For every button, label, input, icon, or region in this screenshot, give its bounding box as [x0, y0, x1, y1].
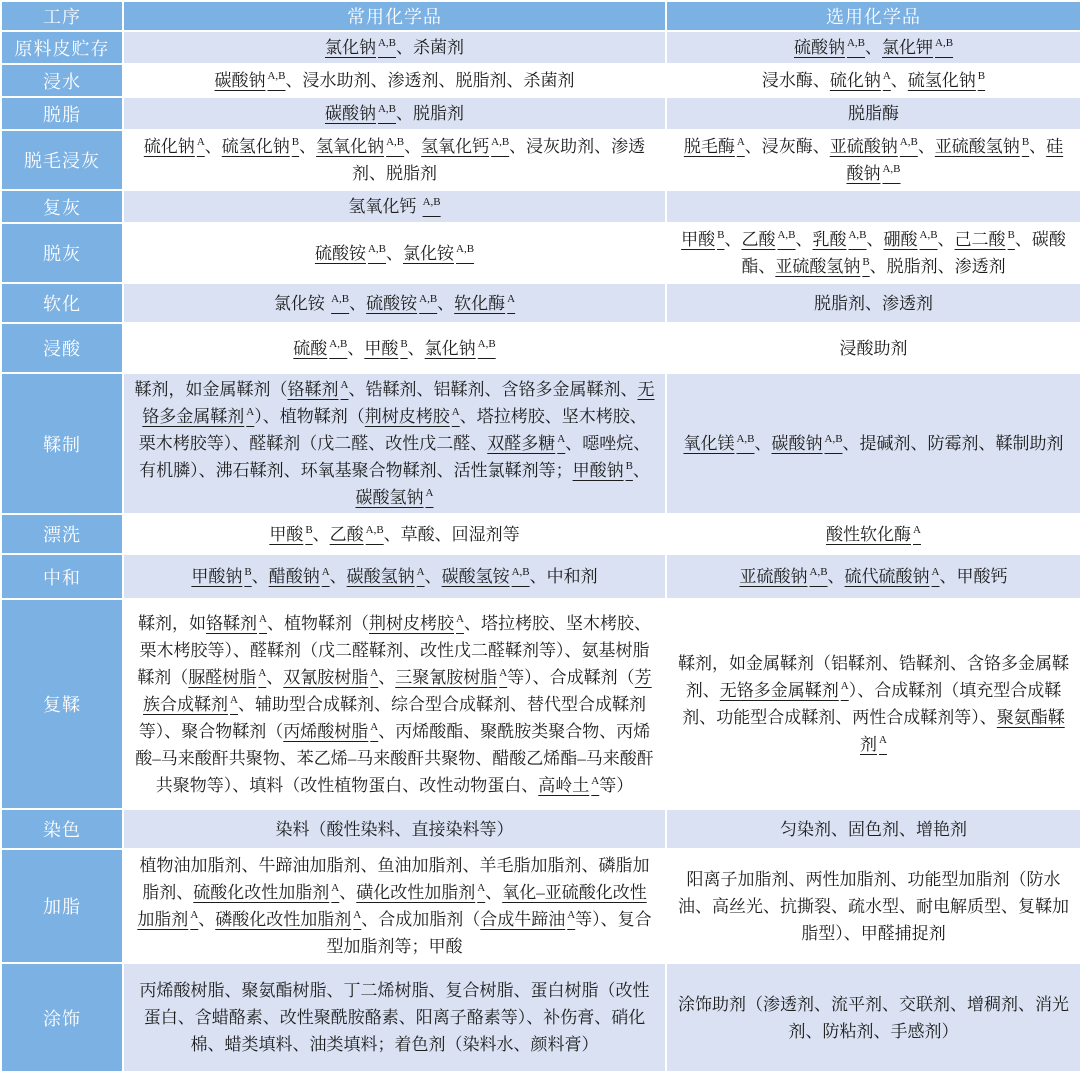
- process-cell: 涂饰: [1, 963, 123, 1072]
- optional-chemicals-cell: [666, 190, 1080, 223]
- underlined-chemical: 硫酸A,B: [293, 339, 347, 358]
- footnote-superscript: A,B: [267, 70, 285, 82]
- underlined-chemical: 乙酸A,B: [330, 525, 384, 544]
- chemical-text: 脱脂酶: [848, 104, 899, 123]
- underlined-chemical: 丙烯酸树脂A: [283, 722, 378, 741]
- underlined-chemical: 三聚氰胺树脂A: [395, 668, 507, 687]
- footnote-superscript: A: [879, 734, 887, 746]
- table-row: 鞣制鞣剂，如金属鞣剂（铬鞣剂A、锆鞣剂、铝鞣剂、含铬多金属鞣剂、无铬多金属鞣剂A…: [1, 373, 1080, 514]
- table-row: 加脂植物油加脂剂、牛蹄油加脂剂、鱼油加脂剂、羊毛脂加脂剂、磷脂加脂剂、硫酸化改性…: [1, 849, 1080, 963]
- process-cell: 脱脂: [1, 97, 123, 130]
- footnote-superscript: A,B: [368, 243, 386, 255]
- common-chemicals-cell: 碳酸钠A,B、脱脂剂: [123, 97, 666, 130]
- underlined-chemical: 硼酸A,B: [884, 230, 938, 249]
- underlined-chemical: 氯化铵A,B: [403, 244, 474, 263]
- footnote-superscript: A,B: [331, 293, 349, 305]
- footnote-superscript: A: [477, 882, 485, 894]
- underlined-chemical: 软化酶A: [454, 294, 515, 313]
- process-cell: 鞣制: [1, 373, 123, 514]
- optional-chemicals-cell: 亚硫酸钠A,B、硫代硫酸钠A、甲酸钙: [666, 554, 1080, 599]
- footnote-superscript: A: [197, 136, 205, 148]
- underlined-chemical: 甲酸钠B: [191, 567, 251, 586]
- underlined-chemical: 硫代硫酸钠A: [845, 567, 940, 586]
- footnote-superscript: A,B: [920, 229, 938, 241]
- chemical-text: 鞣剂，如金属鞣剂（: [135, 380, 288, 399]
- optional-chemicals-cell: 匀染剂、固色剂、增艳剂: [666, 809, 1080, 849]
- chemical-text: 、甲酸钙: [939, 567, 1007, 586]
- chemical-text: 、: [299, 137, 316, 156]
- table-row: 漂洗甲酸B、乙酸A,B、草酸、回湿剂等酸性软化酶A: [1, 514, 1080, 554]
- chemical-text: 、: [633, 461, 650, 480]
- optional-chemicals-cell: 鞣剂，如金属鞣剂（铝鞣剂、锆鞣剂、含铬多金属鞣剂、无铬多金属鞣剂A）、合成鞣剂（…: [666, 599, 1080, 809]
- common-chemicals-cell: 鞣剂，如金属鞣剂（铬鞣剂A、锆鞣剂、铝鞣剂、含铬多金属鞣剂、无铬多金属鞣剂A）、…: [123, 373, 666, 514]
- process-cell: 浸酸: [1, 323, 123, 373]
- table-row: 涂饰丙烯酸树脂、聚氨酯树脂、丁二烯树脂、复合树脂、蛋白树脂（改性蛋白、含蜡酪素、…: [1, 963, 1080, 1072]
- footnote-superscript: B: [626, 460, 633, 472]
- column-header-process: 工序: [1, 1, 123, 31]
- table-row: 复鞣鞣剂，如铬鞣剂A、植物鞣剂（荆树皮栲胶A、塔拉栲胶、坚木栲胶、栗木栲胶等）、…: [1, 599, 1080, 809]
- chemical-text: 丙烯酸树脂、聚氨酯树脂、丁二烯树脂、复合树脂、蛋白树脂（改性蛋白、含蜡酪素、改性…: [140, 981, 650, 1054]
- table-row: 中和甲酸钠B、醋酸钠A、碳酸氢钠A、碳酸氢铵A,B、中和剂亚硫酸钠A,B、硫代硫…: [1, 554, 1080, 599]
- table-header: 工序 常用化学品 选用化学品: [1, 1, 1080, 31]
- footnote-superscript: A: [507, 293, 515, 305]
- chemical-text: 、: [795, 230, 812, 249]
- common-chemicals-cell: 硫酸铵A,B、氯化铵A,B: [123, 223, 666, 283]
- chemical-text: 、: [938, 230, 955, 249]
- chemical-text: 、: [386, 244, 403, 263]
- process-cell: 复灰: [1, 190, 123, 223]
- chemical-text: 、提碱剂、防霉剂、鞣制助剂: [843, 434, 1064, 453]
- underlined-chemical: 磺化改性加脂剂A: [356, 883, 485, 902]
- underlined-chemical: 乙酸A,B: [741, 230, 795, 249]
- chemical-text: 、: [404, 137, 421, 156]
- chemical-text: 浸酸助剂: [840, 339, 908, 358]
- common-chemicals-cell: 硫酸A,B、甲酸B、氯化钠A,B: [123, 323, 666, 373]
- chemical-text: 、中和剂: [530, 567, 598, 586]
- chemical-text: 、: [724, 230, 741, 249]
- chemical-text: 、草酸、回湿剂等: [384, 525, 520, 544]
- chemical-text: 、: [349, 294, 366, 313]
- column-header-optional: 选用化学品: [666, 1, 1080, 31]
- underlined-chemical: 碳酸氢钠A: [356, 488, 434, 507]
- footnote-superscript: A: [841, 680, 849, 692]
- optional-chemicals-cell: 涂饰助剂（渗透剂、流平剂、交联剂、增稠剂、消光剂、防粘剂、手感剂）: [666, 963, 1080, 1072]
- footnote-superscript: A: [456, 613, 464, 625]
- footnote-superscript: A,B: [825, 433, 843, 445]
- footnote-superscript: B: [862, 256, 869, 268]
- footnote-superscript: A,B: [386, 136, 404, 148]
- footnote-superscript: B: [244, 566, 251, 578]
- underlined-chemical: 碳酸钠A,B: [214, 71, 285, 90]
- page: 工序 常用化学品 选用化学品 原料皮贮存氯化钠A,B、杀菌剂硫酸钠A,B、氯化钾…: [0, 0, 1080, 1073]
- underlined-chemical: 铬鞣剂A: [206, 614, 267, 633]
- chemical-text: 浸水酶、: [762, 71, 830, 90]
- underlined-chemical: 荆树皮栲胶A: [365, 407, 460, 426]
- chemical-text: 、: [828, 567, 845, 586]
- underlined-chemical: 氯化钠A,B: [325, 38, 396, 57]
- footnote-superscript: A,B: [900, 136, 918, 148]
- chemical-text: 等）、合成鞣剂（: [507, 668, 635, 687]
- footnote-superscript: A: [426, 487, 434, 499]
- footnote-superscript: A,B: [378, 103, 396, 115]
- underlined-chemical: 氢氧化钠A,B: [316, 137, 404, 156]
- process-cell: 加脂: [1, 849, 123, 963]
- common-chemicals-cell: 氯化铵 A,B、硫酸铵A,B、软化酶A: [123, 283, 666, 323]
- header-row: 工序 常用化学品 选用化学品: [1, 1, 1080, 31]
- chemical-text: 、植物鞣剂（: [267, 614, 369, 633]
- footnote-superscript: A: [883, 70, 891, 82]
- chemical-text: 、浸水助剂、渗透剂、脱脂剂、杀菌剂: [286, 71, 575, 90]
- underlined-chemical: 双氰胺树脂A: [283, 668, 378, 687]
- underlined-chemical: 硫化钠A: [830, 71, 891, 90]
- chemical-text: 鞣剂，如: [138, 614, 206, 633]
- table-row: 原料皮贮存氯化钠A,B、杀菌剂硫酸钠A,B、氯化钾A,B: [1, 31, 1080, 64]
- common-chemicals-cell: 氢氧化钙 A,B: [123, 190, 666, 223]
- chemical-text: 、脱脂剂、渗透剂: [870, 257, 1006, 276]
- optional-chemicals-cell: 脱脂剂、渗透剂: [666, 283, 1080, 323]
- common-chemicals-cell: 丙烯酸树脂、聚氨酯树脂、丁二烯树脂、复合树脂、蛋白树脂（改性蛋白、含蜡酪素、改性…: [123, 963, 666, 1072]
- underlined-chemical: 乳酸A,B: [812, 230, 866, 249]
- common-chemicals-cell: 甲酸钠B、醋酸钠A、碳酸氢钠A、碳酸氢铵A,B、中和剂: [123, 554, 666, 599]
- optional-chemicals-cell: 脱毛酶A、浸灰酶、亚硫酸钠A,B、亚硫酸氢钠B、硅酸钠A,B: [666, 130, 1080, 190]
- optional-chemicals-cell: 脱脂酶: [666, 97, 1080, 130]
- chemical-text: ）、植物鞣剂（: [254, 407, 365, 426]
- underlined-chemical: 硫酸钠A,B: [794, 38, 865, 57]
- chemical-text: 、: [205, 137, 222, 156]
- underlined-chemical: 硫化钠A: [144, 137, 205, 156]
- footnote-superscript: A: [737, 136, 745, 148]
- underlined-chemical: 氯化钾A,B: [882, 38, 953, 57]
- chemical-text: 、: [918, 137, 935, 156]
- underlined-chemical: 脲醛树脂A: [188, 668, 266, 687]
- underlined-chemical: 荆树皮栲胶A: [369, 614, 464, 633]
- chemical-text: 、: [437, 294, 454, 313]
- table-row: 浸水碳酸钠A,B、浸水助剂、渗透剂、脱脂剂、杀菌剂浸水酶、硫化钠A、硫氢化钠B: [1, 64, 1080, 97]
- footnote-superscript: A,B: [366, 524, 384, 536]
- optional-chemicals-cell: 氧化镁A,B、碳酸钠A,B、提碱剂、防霉剂、鞣制助剂: [666, 373, 1080, 514]
- footnote-superscript: A: [499, 667, 507, 679]
- chemical-text: 、: [408, 339, 425, 358]
- footnote-superscript: A,B: [329, 338, 347, 350]
- underlined-chemical: 亚硫酸氢钠B: [935, 137, 1029, 156]
- underlined-chemical: 亚硫酸钠A,B: [830, 137, 918, 156]
- footnote-superscript: A: [567, 909, 575, 921]
- footnote-superscript: A,B: [512, 566, 530, 578]
- process-cell: 中和: [1, 554, 123, 599]
- footnote-superscript: A,B: [419, 293, 437, 305]
- table-row: 脱毛浸灰硫化钠A、硫氢化钠B、氢氧化钠A,B、氢氧化钙A,B、浸灰助剂、渗透剂、…: [1, 130, 1080, 190]
- chemical-text: 、: [378, 668, 395, 687]
- chemical-text: 、: [1029, 137, 1046, 156]
- footnote-superscript: A,B: [491, 136, 509, 148]
- chemical-text: 、: [425, 567, 442, 586]
- table-row: 浸酸硫酸A,B、甲酸B、氯化钠A,B浸酸助剂: [1, 323, 1080, 373]
- underlined-chemical: 高岭土A: [538, 776, 599, 795]
- footnote-superscript: B: [305, 524, 312, 536]
- optional-chemicals-cell: 酸性软化酶A: [666, 514, 1080, 554]
- chemical-text: 、浸灰酶、: [745, 137, 830, 156]
- process-cell: 染色: [1, 809, 123, 849]
- footnote-superscript: A,B: [810, 566, 828, 578]
- chemical-text: 匀染剂、固色剂、增艳剂: [780, 820, 967, 839]
- underlined-chemical: 合成牛蹄油A: [480, 910, 575, 929]
- process-cell: 漂洗: [1, 514, 123, 554]
- chemical-text: 、: [339, 883, 356, 902]
- column-header-common: 常用化学品: [123, 1, 666, 31]
- table-row: 染色染料（酸性染料、直接染料等）匀染剂、固色剂、增艳剂: [1, 809, 1080, 849]
- chemical-text: 阳离子加脂剂、两性加脂剂、功能型加脂剂（防水油、高丝光、抗撕裂、疏水型、耐电解质…: [678, 870, 1069, 943]
- underlined-chemical: 碳酸氢铵A,B: [442, 567, 530, 586]
- common-chemicals-cell: 氯化钠A,B、杀菌剂: [123, 31, 666, 64]
- underlined-chemical: 无铬多金属鞣剂A: [720, 681, 849, 700]
- footnote-superscript: B: [292, 136, 299, 148]
- footnote-superscript: A,B: [478, 338, 496, 350]
- process-cell: 原料皮贮存: [1, 31, 123, 64]
- underlined-chemical: A,B: [421, 197, 441, 216]
- chemical-text: 染料（酸性染料、直接染料等）: [276, 820, 514, 839]
- underlined-chemical: 硫酸化改性加脂剂A: [193, 883, 339, 902]
- chemical-text: 、: [865, 38, 882, 57]
- chemical-text: 、: [867, 230, 884, 249]
- underlined-chemical: 硫氢化钠B: [908, 71, 985, 90]
- common-chemicals-cell: 染料（酸性染料、直接染料等）: [123, 809, 666, 849]
- chemical-text: 、: [313, 525, 330, 544]
- chemical-text: 氯化铵: [274, 294, 329, 313]
- table-row: 脱脂碳酸钠A,B、脱脂剂脱脂酶: [1, 97, 1080, 130]
- chemical-text: 、: [755, 434, 772, 453]
- table-body: 原料皮贮存氯化钠A,B、杀菌剂硫酸钠A,B、氯化钾A,B浸水碳酸钠A,B、浸水助…: [1, 31, 1080, 1072]
- table-row: 脱灰硫酸铵A,B、氯化铵A,B甲酸B、乙酸A,B、乳酸A,B、硼酸A,B、己二酸…: [1, 223, 1080, 283]
- underlined-chemical: 磷酸化改性加脂剂A: [215, 910, 361, 929]
- underlined-chemical: 硫酸铵A,B: [315, 244, 386, 263]
- footnote-superscript: B: [400, 338, 407, 350]
- chemical-text: 、: [330, 567, 347, 586]
- footnote-superscript: A: [259, 613, 267, 625]
- underlined-chemical: 甲酸B: [364, 339, 407, 358]
- underlined-chemical: A,B: [329, 294, 349, 313]
- common-chemicals-cell: 鞣剂，如铬鞣剂A、植物鞣剂（荆树皮栲胶A、塔拉栲胶、坚木栲胶、栗木栲胶等）、醛鞣…: [123, 599, 666, 809]
- underlined-chemical: 己二酸B: [955, 230, 1015, 249]
- process-cell: 浸水: [1, 64, 123, 97]
- chemical-text: 等）: [599, 776, 633, 795]
- underlined-chemical: 氢氧化钙A,B: [421, 137, 509, 156]
- underlined-chemical: 氧化镁A,B: [683, 434, 754, 453]
- footnote-superscript: A,B: [423, 196, 441, 208]
- underlined-chemical: 碳酸钠A,B: [325, 104, 396, 123]
- chemical-text: 、: [198, 910, 215, 929]
- footnote-superscript: A: [913, 524, 921, 536]
- underlined-chemical: 亚硫酸氢钠B: [775, 257, 869, 276]
- footnote-superscript: A,B: [848, 229, 866, 241]
- chemical-text: 涂饰助剂（渗透剂、流平剂、交联剂、增稠剂、消光剂、防粘剂、手感剂）: [678, 995, 1069, 1041]
- underlined-chemical: 甲酸B: [681, 230, 724, 249]
- common-chemicals-cell: 碳酸钠A,B、浸水助剂、渗透剂、脱脂剂、杀菌剂: [123, 64, 666, 97]
- chemical-text: 、杀菌剂: [396, 38, 464, 57]
- underlined-chemical: 氯化钠A,B: [425, 339, 496, 358]
- footnote-superscript: A: [452, 406, 460, 418]
- table-row: 复灰氢氧化钙 A,B: [1, 190, 1080, 223]
- chemical-text: 氢氧化钙: [348, 197, 420, 216]
- footnote-superscript: A,B: [882, 163, 900, 175]
- process-cell: 软化: [1, 283, 123, 323]
- underlined-chemical: 醋酸钠A: [269, 567, 330, 586]
- underlined-chemical: 脱毛酶A: [684, 137, 745, 156]
- optional-chemicals-cell: 浸酸助剂: [666, 323, 1080, 373]
- underlined-chemical: 铬鞣剂A: [288, 380, 349, 399]
- chemical-text: 、: [485, 883, 502, 902]
- footnote-superscript: A: [230, 694, 238, 706]
- underlined-chemical: 硫酸铵A,B: [366, 294, 437, 313]
- chemical-text: 、合成加脂剂（: [361, 910, 480, 929]
- footnote-superscript: A,B: [378, 37, 396, 49]
- underlined-chemical: 甲酸钠B: [573, 461, 633, 480]
- footnote-superscript: B: [978, 70, 985, 82]
- footnote-superscript: A,B: [736, 433, 754, 445]
- process-cell: 脱毛浸灰: [1, 130, 123, 190]
- optional-chemicals-cell: 浸水酶、硫化钠A、硫氢化钠B: [666, 64, 1080, 97]
- chemical-text: 、锆鞣剂、铝鞣剂、含铬多金属鞣剂、: [348, 380, 637, 399]
- common-chemicals-cell: 植物油加脂剂、牛蹄油加脂剂、鱼油加脂剂、羊毛脂加脂剂、磷脂加脂剂、硫酸化改性加脂…: [123, 849, 666, 963]
- chemical-text: 、: [347, 339, 364, 358]
- footnote-superscript: A: [322, 566, 330, 578]
- footnote-superscript: A,B: [456, 243, 474, 255]
- optional-chemicals-cell: 硫酸钠A,B、氯化钾A,B: [666, 31, 1080, 64]
- optional-chemicals-cell: 甲酸B、乙酸A,B、乳酸A,B、硼酸A,B、己二酸B、碳酸酯、亚硫酸氢钠B、脱脂…: [666, 223, 1080, 283]
- optional-chemicals-cell: 阳离子加脂剂、两性加脂剂、功能型加脂剂（防水油、高丝光、抗撕裂、疏水型、耐电解质…: [666, 849, 1080, 963]
- chemical-text: 、: [252, 567, 269, 586]
- underlined-chemical: 甲酸B: [269, 525, 312, 544]
- table-row: 软化氯化铵 A,B、硫酸铵A,B、软化酶A脱脂剂、渗透剂: [1, 283, 1080, 323]
- footnote-superscript: B: [1008, 229, 1015, 241]
- chemicals-table: 工序 常用化学品 选用化学品 原料皮贮存氯化钠A,B、杀菌剂硫酸钠A,B、氯化钾…: [0, 0, 1080, 1073]
- common-chemicals-cell: 硫化钠A、硫氢化钠B、氢氧化钠A,B、氢氧化钙A,B、浸灰助剂、渗透剂、脱脂剂: [123, 130, 666, 190]
- chemical-text: 、脱脂剂: [396, 104, 464, 123]
- common-chemicals-cell: 甲酸B、乙酸A,B、草酸、回湿剂等: [123, 514, 666, 554]
- chemical-text: 脱脂剂、渗透剂: [814, 294, 933, 313]
- underlined-chemical: 酸性软化酶A: [826, 525, 921, 544]
- footnote-superscript: A: [417, 566, 425, 578]
- footnote-superscript: A,B: [935, 37, 953, 49]
- footnote-superscript: A,B: [847, 37, 865, 49]
- chemical-text: 、: [266, 668, 283, 687]
- underlined-chemical: 双醛多糖A: [487, 434, 565, 453]
- underlined-chemical: 碳酸钠A,B: [772, 434, 843, 453]
- footnote-superscript: A,B: [777, 229, 795, 241]
- process-cell: 复鞣: [1, 599, 123, 809]
- chemical-text: 、: [891, 71, 908, 90]
- underlined-chemical: 亚硫酸钠A,B: [740, 567, 828, 586]
- underlined-chemical: 碳酸氢钠A: [347, 567, 425, 586]
- underlined-chemical: 硫氢化钠B: [222, 137, 299, 156]
- process-cell: 脱灰: [1, 223, 123, 283]
